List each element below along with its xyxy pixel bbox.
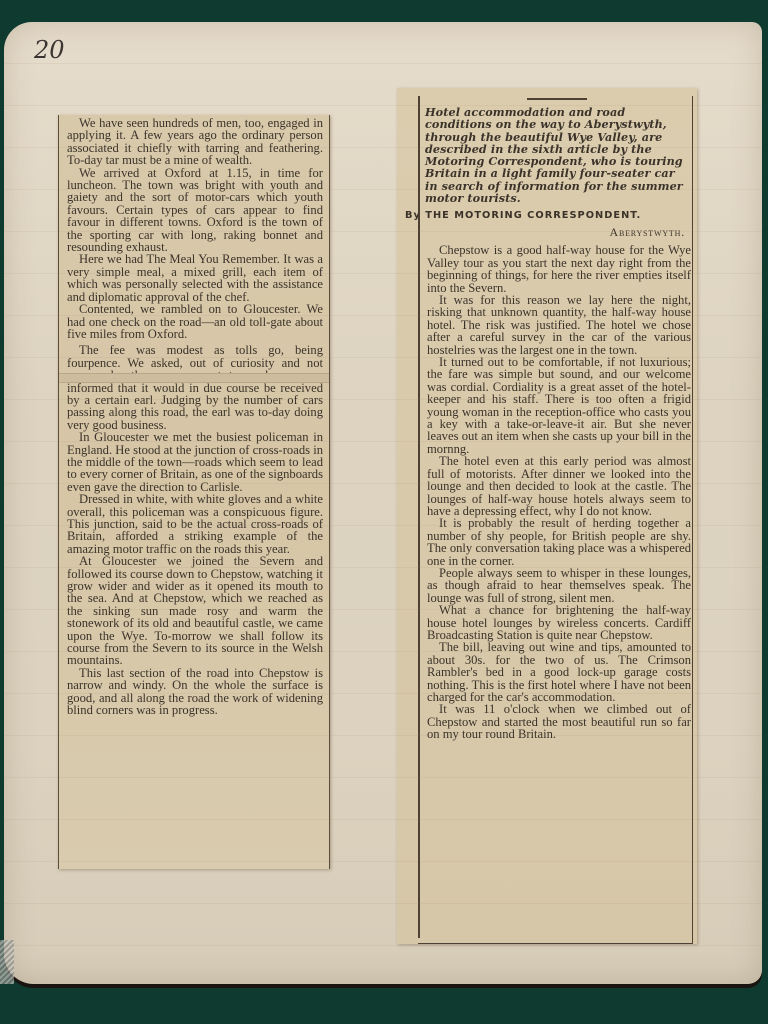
clipping-body: Chepstow is a good half-way house for th… <box>427 244 691 740</box>
paragraph: It was for this reason we lay here the n… <box>427 294 691 356</box>
paragraph: Here we had The Meal You Remember. It wa… <box>67 253 323 303</box>
newspaper-clipping-left: We have seen hundreds of men, too, engag… <box>58 115 330 869</box>
paragraph: The hotel even at this early period was … <box>427 455 691 517</box>
paragraph: Chepstow is a good half-way house for th… <box>427 244 691 294</box>
article-dateline: Aberystwyth. <box>427 225 685 240</box>
top-rule-divider <box>527 98 587 100</box>
column-rule-bottom <box>418 943 693 945</box>
paragraph: What a chance for brightening the half-w… <box>427 604 691 641</box>
paragraph: Dressed in white, with white gloves and … <box>67 493 323 555</box>
scrapbook-page: 20 We have seen hundreds of men, too, en… <box>4 22 762 984</box>
paragraph: At Gloucester we joined the Severn and f… <box>67 555 323 667</box>
clipping-join-seam <box>59 373 329 383</box>
handwritten-page-number: 20 <box>34 36 65 64</box>
clipping-body: We have seen hundreds of men, too, engag… <box>67 115 323 717</box>
article-standfirst: Hotel accommodation and road conditions … <box>425 88 691 204</box>
column-rule-right <box>692 96 694 944</box>
column-rule-left <box>418 96 420 938</box>
paragraph: The bill, leaving out wine and tips, amo… <box>427 641 691 703</box>
paragraph: It was 11 o'clock when we climbed out of… <box>427 703 691 740</box>
paragraph: In Gloucester we met the busiest policem… <box>67 431 323 493</box>
paragraph: Contented, we rambled on to Gloucester. … <box>67 303 323 340</box>
paragraph: People always seem to whisper in these l… <box>427 567 691 604</box>
paragraph: It turned out to be comfortable, if not … <box>427 356 691 455</box>
paragraph: This last section of the road into Cheps… <box>67 667 323 717</box>
article-byline: By THE MOTORING CORRESPONDENT. <box>405 210 691 221</box>
paragraph: It is probably the result of herding tog… <box>427 517 691 567</box>
newspaper-clipping-right: Hotel accommodation and road conditions … <box>397 88 697 944</box>
paragraph: We arrived at Oxford at 1.15, in time fo… <box>67 167 323 254</box>
paragraph: The fee was modest as tolls go, being fo… <box>67 344 323 431</box>
torn-binding-fabric <box>0 940 14 984</box>
paragraph: We have seen hundreds of men, too, engag… <box>67 117 323 167</box>
